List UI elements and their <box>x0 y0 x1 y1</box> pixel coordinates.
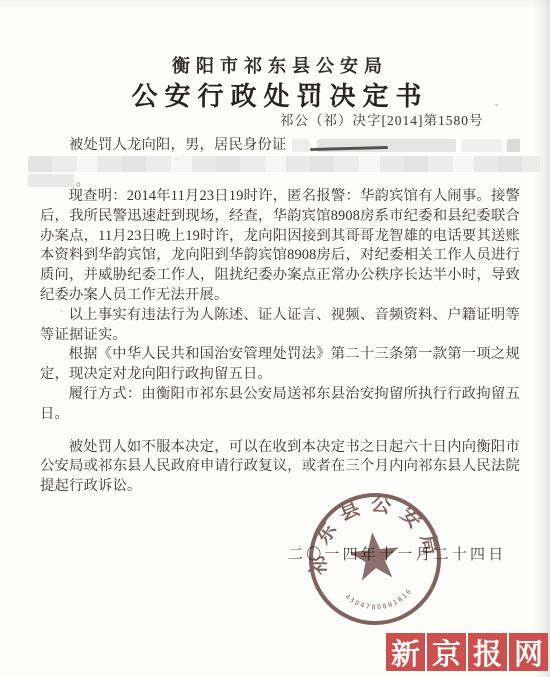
body-paragraph: 现查明：2014年11月23日19时许，匿名报警：华韵宾馆有人闹事。接警后，我所… <box>40 187 520 306</box>
seal-graphic: 祁东县公安局 4304780001810 <box>298 482 452 636</box>
body-paragraph: 被处罚人如不服本决定，可以在收到本决定书之日起六十日内向衡阳市公安局或祁东县人民… <box>40 438 520 497</box>
redacted-block <box>462 139 501 152</box>
seal-star-icon <box>348 530 402 582</box>
document-page: 衡阳市祁东县公安局 公安行政处罚决定书 祁公（祁）决字[2014]第1580号 … <box>0 0 550 677</box>
news-watermark: 新 京 报 网 <box>386 633 548 671</box>
document-title: 公安行政处罚决定书 <box>0 76 550 113</box>
redacted-block <box>28 174 74 187</box>
body-paragraph: 以上事实有违法行为人陈述、证人证言、视频、音频资料、户籍证明等等证据证实。 <box>40 306 520 346</box>
body-paragraph: 根据《中华人民共和国治安管理处罚法》第二十三条第一款第一项之规定，现决定对龙向阳… <box>40 345 520 385</box>
watermark-char: 网 <box>509 633 548 671</box>
official-seal: 祁东县公安局 4304780001810 <box>298 482 452 636</box>
agency-name: 衡阳市祁东县公安局 <box>0 52 550 78</box>
watermark-char: 报 <box>468 633 507 671</box>
watermark-char: 京 <box>427 633 466 671</box>
watermark-char: 新 <box>386 633 425 671</box>
subject-text-end: 。 <box>76 174 89 187</box>
subject-paragraph-end: 。 <box>40 174 520 187</box>
document-number: 祁公（祁）决字[2014]第1580号 <box>280 109 484 129</box>
subject-text: 被处罚人龙向阳，男，居民身份证 <box>40 136 286 156</box>
seal-code: 4304780001810 <box>343 586 416 615</box>
body-paragraph: 履行方式：由衡阳市祁东县公安局送祁东县治安拘留所执行行政拘留五日。 <box>40 385 520 425</box>
scan-edge-shade-top <box>0 0 550 8</box>
redacted-line <box>28 156 540 172</box>
subject-paragraph: 被处罚人龙向阳，男，居民身份证 <box>40 136 520 155</box>
redacted-block <box>292 139 309 152</box>
svg-text:4304780001810: 4304780001810 <box>343 586 416 615</box>
document-body: 被处罚人龙向阳，男，居民身份证 。 现查明：2014年11月23日19时许，匿名… <box>40 136 520 497</box>
redacted-block <box>507 139 520 152</box>
